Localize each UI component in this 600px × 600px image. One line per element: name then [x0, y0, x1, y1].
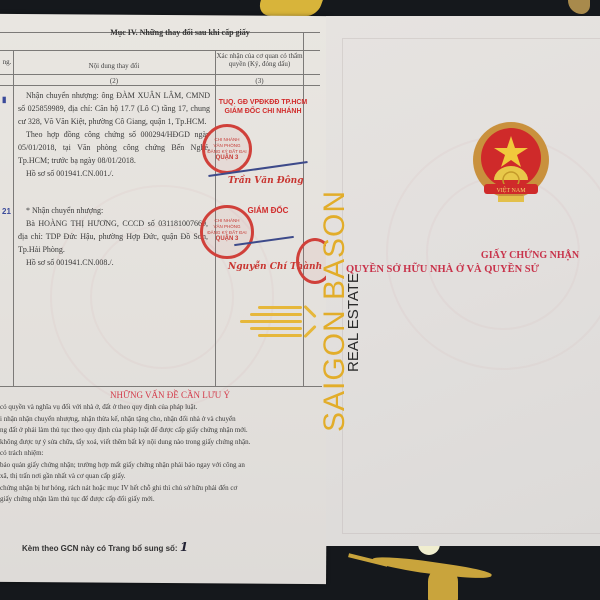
certificate-title: GIẤY CHỨNG NHẬN [440, 250, 600, 261]
certificate-subtitle: QUYỀN SỞ HỮU NHÀ Ở VÀ QUYỀN SỬ [346, 264, 600, 275]
row-marker: 21 [2, 207, 11, 216]
entry-2-content: * Nhận chuyển nhượng: Bà HOÀNG THỊ HƯƠNG… [18, 204, 208, 269]
entry-2-heading: * Nhận chuyển nhượng: [18, 204, 208, 217]
watermark-tagline: REAL ESTATE [345, 273, 362, 372]
national-emblem-icon: VIỆT NAM [468, 118, 554, 208]
note-line: có quyền và nghĩa vụ đối với nhà ở, đất … [0, 402, 325, 414]
entry-1-contract: Theo hợp đồng công chứng số 000294/HĐGD … [18, 128, 210, 167]
background-decoration [568, 0, 590, 14]
column-header-content: Nội dung thay đổi [14, 62, 214, 70]
notes-list: có quyền và nghĩa vụ đối với nhà ở, đất … [0, 402, 325, 506]
note-line: giấy chứng nhận làm thủ tục để được cấp … [0, 494, 325, 506]
supplement-note: Kèm theo GCN này có Trang bổ sung số: 1 [22, 540, 188, 554]
row-marker: ▮ [2, 95, 6, 104]
section-title: Mục IV. Những thay đổi sau khi cấp giấy [60, 28, 300, 37]
column-index-3: (3) [216, 77, 303, 85]
entry-2-transfer: Bà HOÀNG THỊ HƯƠNG, CCCD số 031181007669… [18, 217, 208, 256]
note-line: không được tự ý sửa chữa, tẩy xoá, viết … [0, 437, 325, 449]
entry-2-official-seal: CHI NHÁNH VĂN PHÒNG ĐĂNG KÝ ĐẤT ĐAI QUẬN… [200, 205, 254, 259]
entry-1-transfer: Nhận chuyển nhượng: ông ĐÀM XUÂN LÂM, CM… [18, 89, 210, 128]
entry-1-file-number: Hồ sơ số 001941.CN.001./. [18, 167, 210, 180]
background-bird-decoration [348, 556, 498, 600]
note-line: chứng nhận bị hư hỏng, rách nát hoặc mục… [0, 483, 325, 495]
note-line: có trách nhiệm: [0, 448, 325, 460]
note-line: ng đất ở phải làm thủ tục theo quy định … [0, 425, 325, 437]
notes-title: NHỮNG VẤN ĐỀ CẦN LƯU Ý [60, 390, 280, 400]
column-index-2: (2) [14, 77, 214, 85]
note-line: i nhận nhận chuyển nhượng, nhận thừa kế,… [0, 414, 325, 426]
supplement-value: 1 [180, 540, 188, 554]
entry-1-content: Nhận chuyển nhượng: ông ĐÀM XUÂN LÂM, CM… [18, 89, 210, 180]
supplement-label: Kèm theo GCN này có Trang bổ sung số: [22, 544, 178, 553]
background-decoration [255, 0, 323, 16]
entry-1-signer-name: Trần Văn Đông [228, 176, 304, 186]
entry-1-stamp-header: TUQ. GĐ VPĐKĐĐ TP.HCM GIÁM ĐỐC CHI NHÁNH [218, 98, 308, 116]
entry-2-file-number: Hồ sơ số 001941.CN.008./. [18, 256, 208, 269]
column-header-fragment: ng. [0, 58, 14, 66]
column-header-authority: Xác nhận của cơ quan có thẩm quyền (Ký, … [216, 52, 303, 68]
watermark-logo-icon [240, 302, 320, 342]
note-line: xã, thị trấn nơi gần nhất và cơ quan cấp… [0, 471, 325, 483]
note-line: bảo quản giấy chứng nhận; trường hợp mất… [0, 460, 325, 472]
svg-text:VIỆT NAM: VIỆT NAM [496, 186, 526, 194]
entry-1-official-seal: CHI NHÁNH VĂN PHÒNG ĐĂNG KÝ ĐẤT ĐAI QUẬN… [202, 124, 252, 174]
right-page [326, 16, 600, 546]
